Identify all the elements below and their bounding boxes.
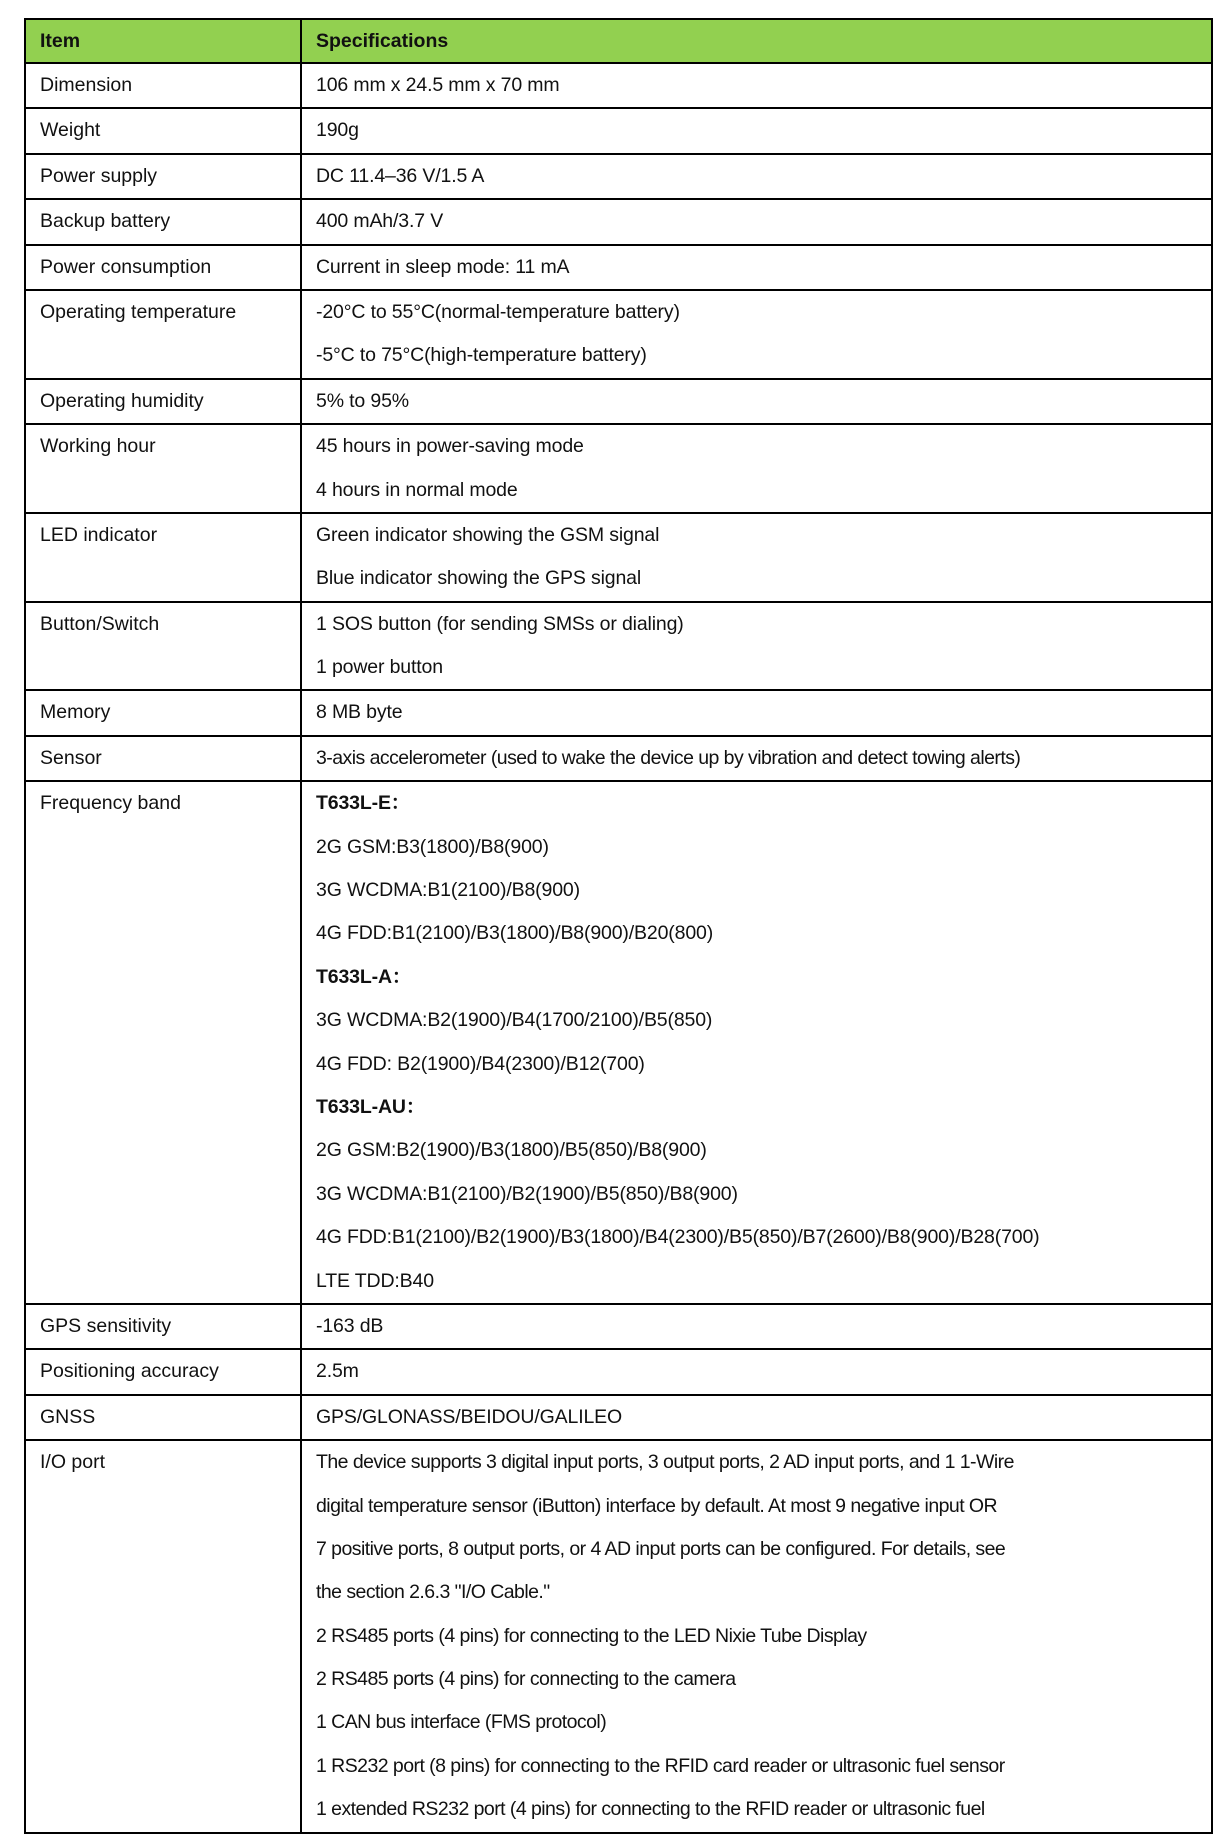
item-label: Backup battery	[40, 200, 294, 243]
specification-cell: 106 mm x 24.5 mm x 70 mm	[301, 63, 1212, 108]
specification-cell: DC 11.4–36 V/1.5 A	[301, 154, 1212, 199]
item-label: LED indicator	[40, 514, 294, 557]
item-cell: GNSS	[25, 1395, 301, 1440]
item-label: Working hour	[40, 425, 294, 468]
specification-line: 2.5m	[316, 1350, 1205, 1393]
specification-line: The device supports 3 digital input port…	[316, 1441, 1205, 1484]
specification-line: 190g	[316, 109, 1205, 152]
item-cell: Button/Switch	[25, 602, 301, 691]
item-label: Weight	[40, 109, 294, 152]
specification-lines: GPS/GLONASS/BEIDOU/GALILEO	[302, 1396, 1211, 1439]
item-label: Power consumption	[40, 246, 294, 289]
specification-lines: -163 dB	[302, 1305, 1211, 1348]
specification-line: -5°C to 75°C(high-temperature battery)	[316, 334, 1205, 377]
specification-line: 45 hours in power-saving mode	[316, 425, 1205, 468]
item-cell: Frequency band	[25, 781, 301, 1304]
specification-line: 2G GSM:B3(1800)/B8(900)	[316, 826, 1205, 869]
table-row: Power supply DC 11.4–36 V/1.5 A	[25, 154, 1212, 199]
table-row: GNSS GPS/GLONASS/BEIDOU/GALILEO	[25, 1395, 1212, 1440]
table-row: Backup battery 400 mAh/3.7 V	[25, 199, 1212, 244]
table-row: Working hour 45 hours in power-saving mo…	[25, 424, 1212, 513]
specification-line: 1 extended RS232 port (4 pins) for conne…	[316, 1788, 1205, 1831]
table-row: Memory 8 MB byte	[25, 690, 1212, 735]
specification-cell: T633L-E：2G GSM:B3(1800)/B8(900)3G WCDMA:…	[301, 781, 1212, 1304]
table-row: Operating humidity 5% to 95%	[25, 379, 1212, 424]
item-cell: Dimension	[25, 63, 301, 108]
table-row: Power consumption Current in sleep mode:…	[25, 245, 1212, 290]
specification-line: DC 11.4–36 V/1.5 A	[316, 155, 1205, 198]
item-label: GNSS	[40, 1396, 294, 1439]
column-header-specifications-label: Specifications	[302, 20, 1211, 62]
specification-cell: -20°C to 55°C(normal-temperature battery…	[301, 290, 1212, 379]
specification-lines: 2.5m	[302, 1350, 1211, 1393]
specification-line: LTE TDD:B40	[316, 1260, 1205, 1303]
specification-line: 3G WCDMA:B1(2100)/B8(900)	[316, 869, 1205, 912]
specification-line: 1 power button	[316, 646, 1205, 689]
specification-lines: 45 hours in power-saving mode4 hours in …	[302, 425, 1211, 512]
specification-lines: DC 11.4–36 V/1.5 A	[302, 155, 1211, 198]
item-label: Operating temperature	[40, 291, 294, 334]
table-row: Operating temperature -20°C to 55°C(norm…	[25, 290, 1212, 379]
specification-line: 1 CAN bus interface (FMS protocol)	[316, 1701, 1205, 1744]
specification-line: Current in sleep mode: 11 mA	[316, 246, 1205, 289]
column-header-item: Item	[25, 19, 301, 63]
item-cell: LED indicator	[25, 513, 301, 602]
item-cell: GPS sensitivity	[25, 1304, 301, 1349]
item-label: Power supply	[40, 155, 294, 198]
specification-cell: 5% to 95%	[301, 379, 1212, 424]
table-row: Frequency band T633L-E：2G GSM:B3(1800)/B…	[25, 781, 1212, 1304]
item-cell: Working hour	[25, 424, 301, 513]
specification-line: 1 RS232 port (8 pins) for connecting to …	[316, 1745, 1205, 1788]
specification-cell: Green indicator showing the GSM signalBl…	[301, 513, 1212, 602]
specification-line: 1 SOS button (for sending SMSs or dialin…	[316, 603, 1205, 646]
table-header: Item Specifications	[25, 19, 1212, 63]
item-cell: Power supply	[25, 154, 301, 199]
item-label: Dimension	[40, 64, 294, 107]
table-row: Weight 190g	[25, 108, 1212, 153]
variant-heading: T633L-E：	[316, 782, 1205, 825]
specification-line: -163 dB	[316, 1305, 1205, 1348]
item-cell: Power consumption	[25, 245, 301, 290]
header-row: Item Specifications	[25, 19, 1212, 63]
specification-cell: 400 mAh/3.7 V	[301, 199, 1212, 244]
specification-lines: -20°C to 55°C(normal-temperature battery…	[302, 291, 1211, 378]
item-label: Operating humidity	[40, 380, 294, 423]
specification-lines: 400 mAh/3.7 V	[302, 200, 1211, 243]
variant-heading: T633L-AU：	[316, 1086, 1205, 1129]
specification-line: digital temperature sensor (iButton) int…	[316, 1485, 1205, 1528]
specification-line: 2 RS485 ports (4 pins) for connecting to…	[316, 1615, 1205, 1658]
specification-line: 2 RS485 ports (4 pins) for connecting to…	[316, 1658, 1205, 1701]
specification-line: 7 positive ports, 8 output ports, or 4 A…	[316, 1528, 1205, 1571]
specification-cell: 45 hours in power-saving mode4 hours in …	[301, 424, 1212, 513]
item-label: Positioning accuracy	[40, 1350, 294, 1393]
specification-line: GPS/GLONASS/BEIDOU/GALILEO	[316, 1396, 1205, 1439]
specification-line: 4G FDD: B2(1900)/B4(2300)/B12(700)	[316, 1043, 1205, 1086]
specification-cell: 3-axis accelerometer (used to wake the d…	[301, 736, 1212, 781]
column-header-specifications: Specifications	[301, 19, 1212, 63]
specification-lines: 106 mm x 24.5 mm x 70 mm	[302, 64, 1211, 107]
specification-lines: Current in sleep mode: 11 mA	[302, 246, 1211, 289]
item-cell: Backup battery	[25, 199, 301, 244]
item-cell: Operating humidity	[25, 379, 301, 424]
table-row: Dimension 106 mm x 24.5 mm x 70 mm	[25, 63, 1212, 108]
specifications-table: Item Specifications Dimension 106 mm x 2…	[24, 18, 1213, 1834]
item-label: Button/Switch	[40, 603, 294, 646]
specification-line: 106 mm x 24.5 mm x 70 mm	[316, 64, 1205, 107]
specification-line: Blue indicator showing the GPS signal	[316, 557, 1205, 600]
item-cell: Memory	[25, 690, 301, 735]
table-row: GPS sensitivity -163 dB	[25, 1304, 1212, 1349]
specification-cell: -163 dB	[301, 1304, 1212, 1349]
specification-lines: Green indicator showing the GSM signalBl…	[302, 514, 1211, 601]
specification-cell: 2.5m	[301, 1349, 1212, 1394]
item-label: GPS sensitivity	[40, 1305, 294, 1348]
specification-line: 4G FDD:B1(2100)/B2(1900)/B3(1800)/B4(230…	[316, 1216, 1205, 1259]
specification-cell: The device supports 3 digital input port…	[301, 1440, 1212, 1833]
table-row: Button/Switch 1 SOS button (for sending …	[25, 602, 1212, 691]
specification-cell: Current in sleep mode: 11 mA	[301, 245, 1212, 290]
table-row: Sensor 3-axis accelerometer (used to wak…	[25, 736, 1212, 781]
table-row: LED indicator Green indicator showing th…	[25, 513, 1212, 602]
table-body: Dimension 106 mm x 24.5 mm x 70 mm Weigh…	[25, 63, 1212, 1833]
item-cell: Sensor	[25, 736, 301, 781]
specification-line: 4G FDD:B1(2100)/B3(1800)/B8(900)/B20(800…	[316, 912, 1205, 955]
specification-lines: T633L-E：2G GSM:B3(1800)/B8(900)3G WCDMA:…	[302, 782, 1211, 1303]
variant-heading: T633L-A：	[316, 956, 1205, 999]
specification-lines: 3-axis accelerometer (used to wake the d…	[302, 737, 1211, 780]
specification-cell: GPS/GLONASS/BEIDOU/GALILEO	[301, 1395, 1212, 1440]
specification-line: 3G WCDMA:B2(1900)/B4(1700/2100)/B5(850)	[316, 999, 1205, 1042]
item-cell: Positioning accuracy	[25, 1349, 301, 1394]
table-row: Positioning accuracy 2.5m	[25, 1349, 1212, 1394]
item-cell: Operating temperature	[25, 290, 301, 379]
specification-line: 4 hours in normal mode	[316, 469, 1205, 512]
specification-line: 5% to 95%	[316, 380, 1205, 423]
item-label: Frequency band	[40, 782, 294, 825]
item-label: I/O port	[40, 1441, 294, 1484]
specification-cell: 190g	[301, 108, 1212, 153]
item-label: Sensor	[40, 737, 294, 780]
specification-line: 8 MB byte	[316, 691, 1205, 734]
specification-cell: 8 MB byte	[301, 690, 1212, 735]
specification-line: 3G WCDMA:B1(2100)/B2(1900)/B5(850)/B8(90…	[316, 1173, 1205, 1216]
item-cell: I/O port	[25, 1440, 301, 1833]
item-label: Memory	[40, 691, 294, 734]
specification-line: -20°C to 55°C(normal-temperature battery…	[316, 291, 1205, 334]
column-header-item-label: Item	[26, 20, 300, 62]
item-cell: Weight	[25, 108, 301, 153]
specification-lines: 5% to 95%	[302, 380, 1211, 423]
specification-lines: 8 MB byte	[302, 691, 1211, 734]
specification-line: 3-axis accelerometer (used to wake the d…	[316, 737, 1205, 780]
specification-lines: The device supports 3 digital input port…	[302, 1441, 1211, 1832]
specification-line: 2G GSM:B2(1900)/B3(1800)/B5(850)/B8(900)	[316, 1129, 1205, 1172]
specification-cell: 1 SOS button (for sending SMSs or dialin…	[301, 602, 1212, 691]
specification-line: Green indicator showing the GSM signal	[316, 514, 1205, 557]
specification-line: 400 mAh/3.7 V	[316, 200, 1205, 243]
specification-lines: 190g	[302, 109, 1211, 152]
specification-lines: 1 SOS button (for sending SMSs or dialin…	[302, 603, 1211, 690]
specification-line: the section 2.6.3 "I/O Cable."	[316, 1571, 1205, 1614]
table-row: I/O port The device supports 3 digital i…	[25, 1440, 1212, 1833]
